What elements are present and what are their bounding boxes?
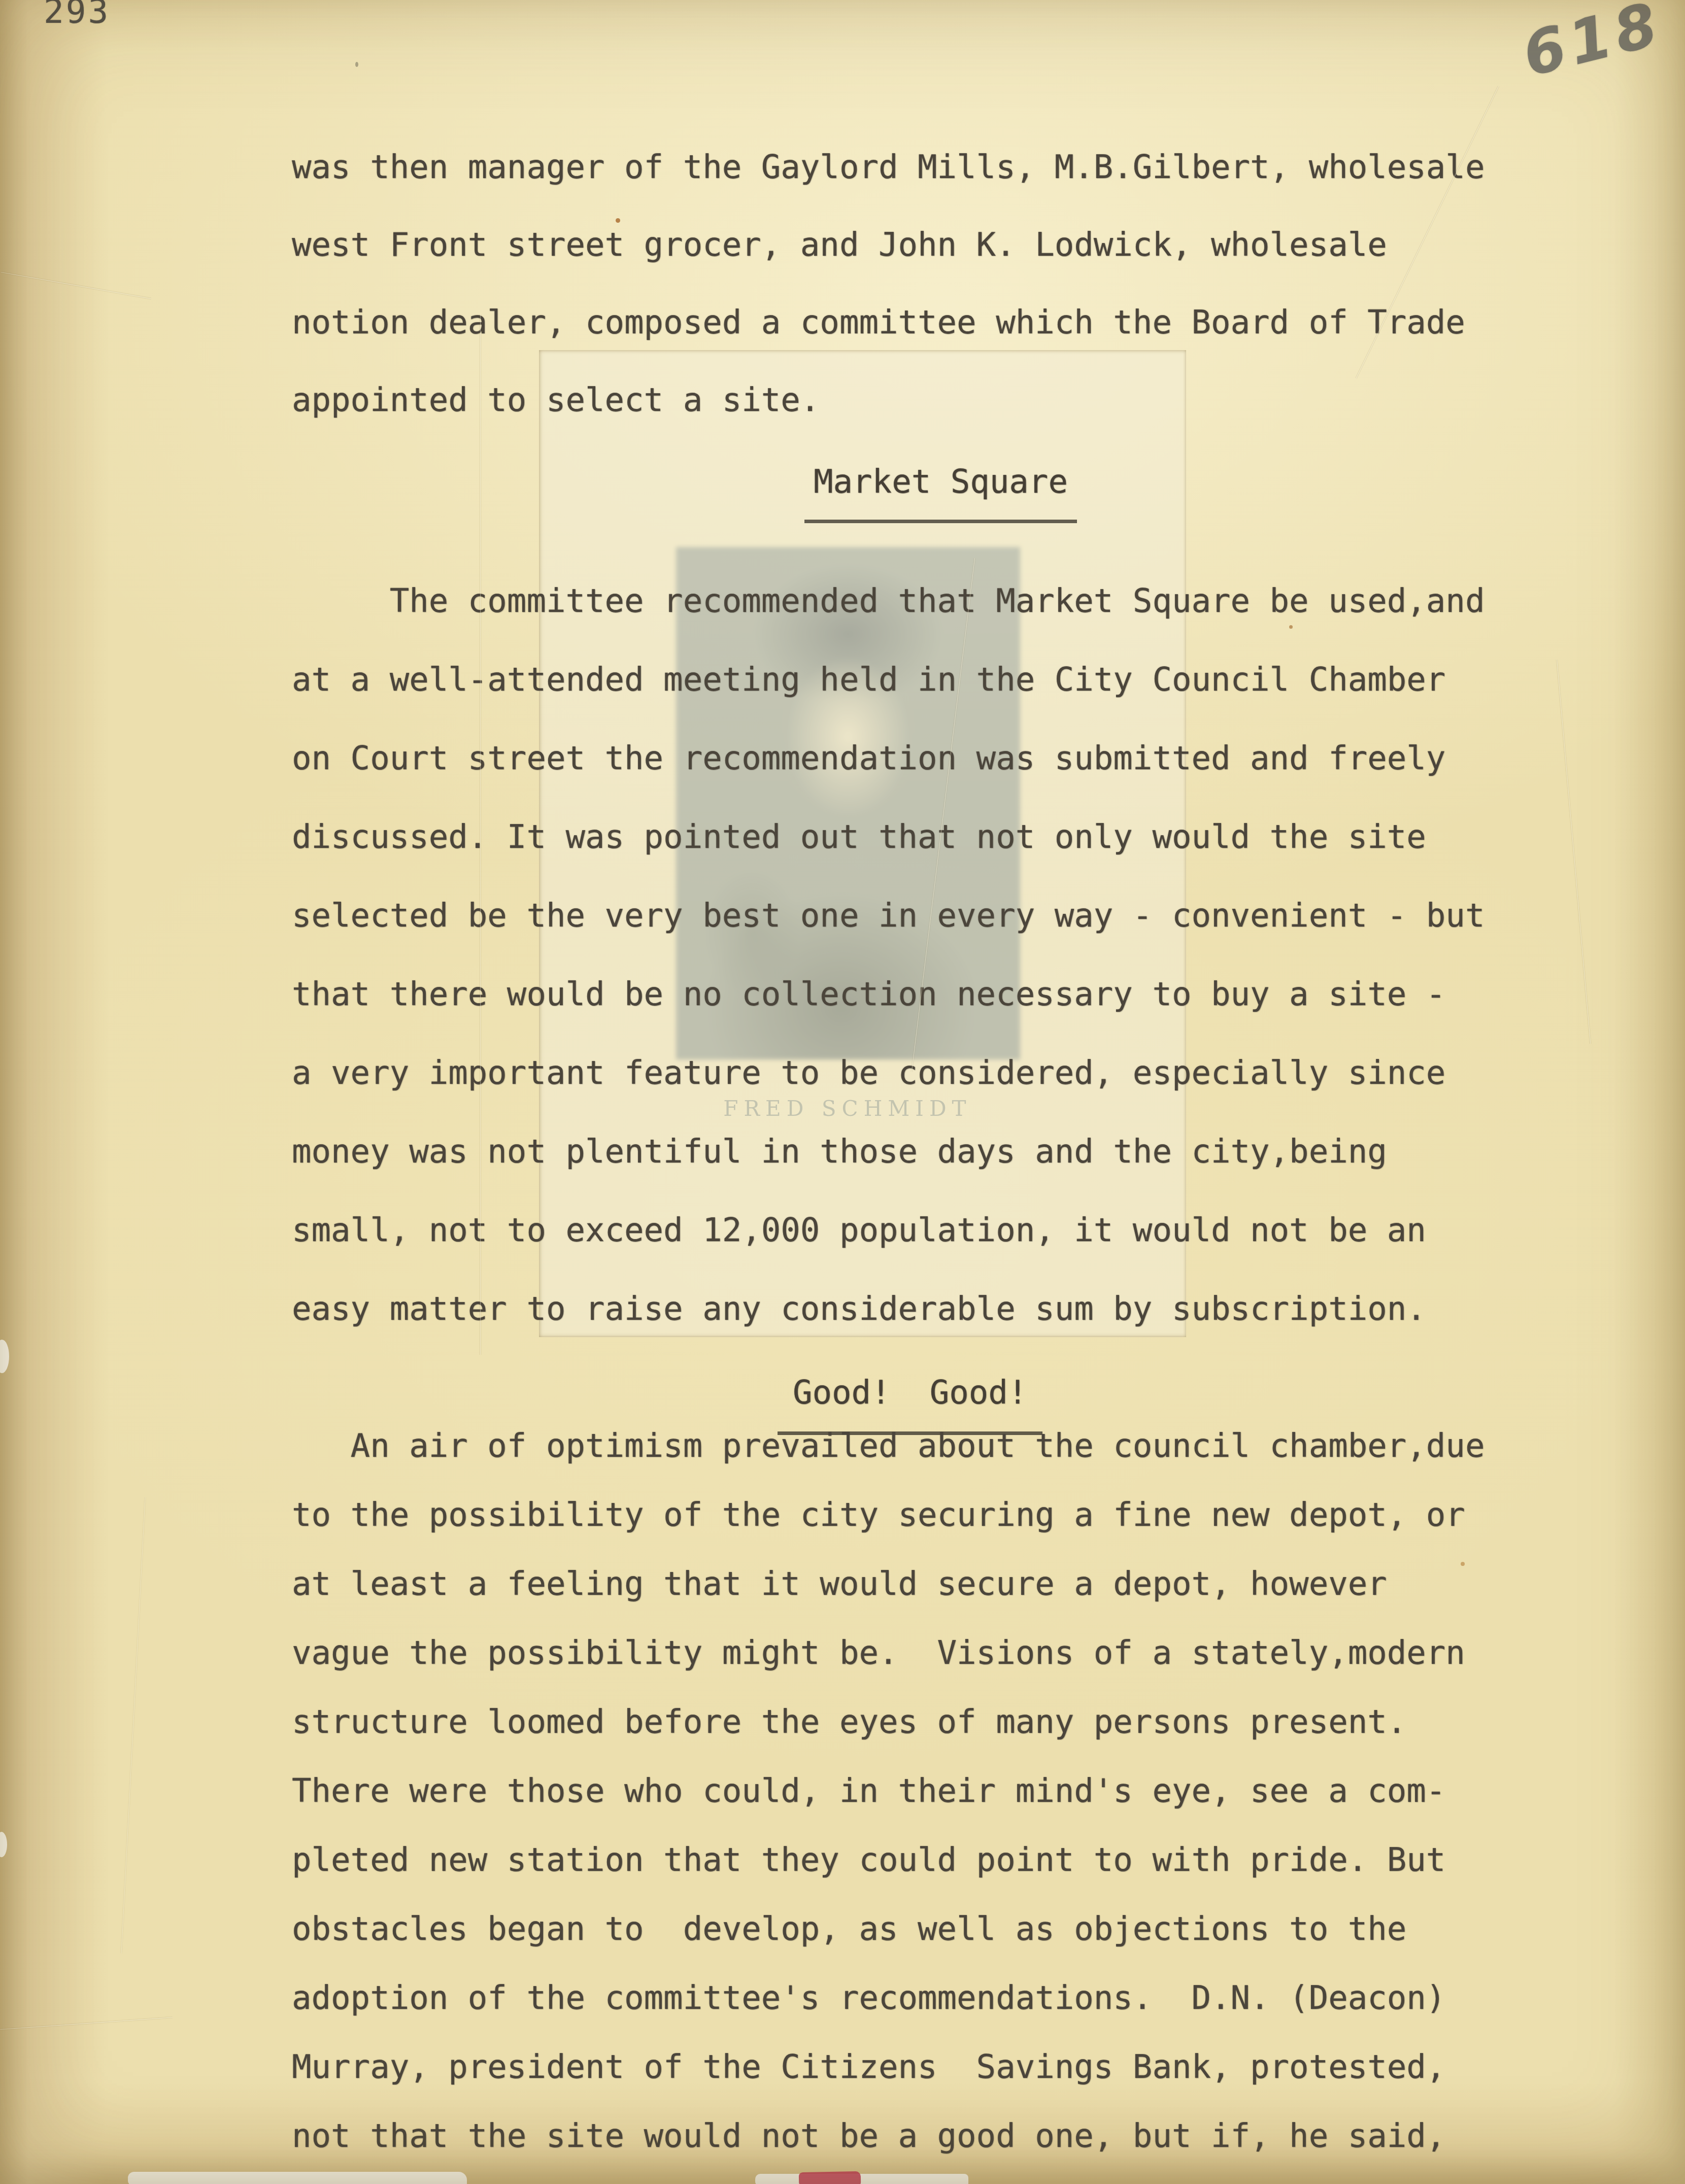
typewritten-line: easy matter to raise any considerable su… [292, 1270, 1485, 1349]
red-mark [799, 2171, 861, 2184]
crease-line [0, 2016, 173, 2031]
typewritten-line: The committee recommended that Market Sq… [292, 562, 1485, 641]
crease-line [1, 271, 151, 300]
typewritten-line: to the possibility of the city securing … [292, 1481, 1485, 1550]
typewritten-line: selected be the very best one in every w… [292, 877, 1485, 955]
ink-speck [616, 218, 620, 223]
typewritten-line: Murray, president of the Citizens Saving… [292, 2033, 1485, 2102]
torn-edge [128, 2172, 467, 2184]
typewritten-line: at a well-attended meeting held in the C… [292, 641, 1485, 720]
typewritten-line: There were those who could, in their min… [292, 1757, 1485, 1826]
typewritten-line: west Front street grocer, and John K. Lo… [292, 207, 1485, 284]
typed-paragraph-2: The committee recommended that Market Sq… [292, 562, 1485, 1349]
typewritten-line: not that the site would not be a good on… [292, 2102, 1485, 2171]
typewritten-line: on Court street the recommendation was s… [292, 720, 1485, 798]
typewritten-line: money was not plentiful in those days an… [292, 1113, 1485, 1191]
typewritten-line: was then manager of the Gaylord Mills, M… [292, 129, 1485, 207]
typewritten-line: appointed to select a site. [292, 362, 1485, 439]
typed-paragraph-3: An air of optimism prevailed about the c… [292, 1412, 1485, 2171]
typewritten-line: at least a feeling that it would secure … [292, 1550, 1485, 1619]
typewritten-line: structure loomed before the eyes of many… [292, 1688, 1485, 1757]
typewritten-line: discussed. It was pointed out that not o… [292, 798, 1485, 877]
ink-speck [355, 62, 358, 67]
crease-line [120, 1497, 146, 1953]
ink-speck [1461, 1562, 1465, 1566]
edge-notch [0, 1340, 9, 1373]
typewritten-line: that there would be no collection necess… [292, 955, 1485, 1034]
typewritten-line: obstacles began to develop, as well as o… [292, 1895, 1485, 1964]
page-number: 293 [44, 0, 110, 31]
typewritten-line: small, not to exceed 12,000 population, … [292, 1191, 1485, 1270]
typewritten-line: An air of optimism prevailed about the c… [292, 1412, 1485, 1481]
typewritten-line: adoption of the committee's recommendati… [292, 1964, 1485, 2033]
typed-paragraph-1: was then manager of the Gaylord Mills, M… [292, 129, 1485, 439]
typewritten-line: notion dealer, composed a committee whic… [292, 284, 1485, 362]
heading-market-square: Market Square [804, 452, 1077, 523]
handwritten-folio-number: 618 [1516, 0, 1661, 90]
edge-notch [0, 1832, 7, 1857]
document-page: FRED SCHMIDT 293 618 was then manager of… [0, 0, 1685, 2184]
ink-speck [1289, 625, 1293, 629]
crease-line [1556, 660, 1592, 1044]
typewritten-line: vague the possibility might be. Visions … [292, 1619, 1485, 1688]
torn-edge [755, 2174, 968, 2184]
typewritten-line: a very important feature to be considere… [292, 1034, 1485, 1113]
typewritten-line: pleted new station that they could point… [292, 1826, 1485, 1895]
